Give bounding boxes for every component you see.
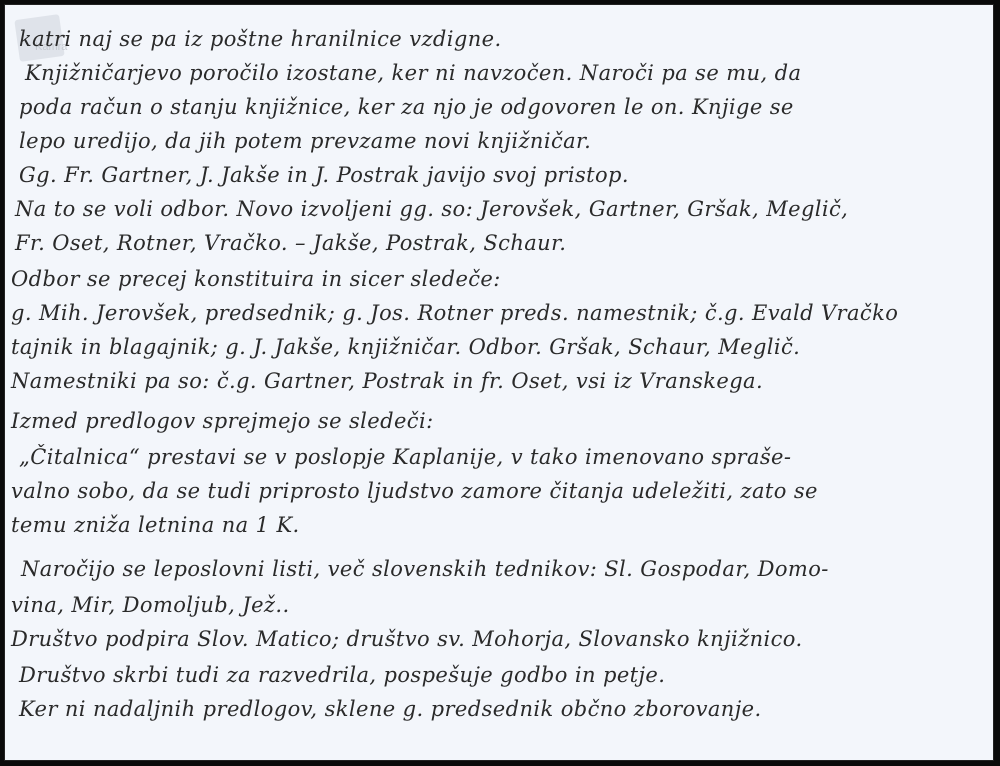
handwritten-line: Naročijo se leposlovni listi, več sloven…	[21, 557, 829, 581]
handwritten-line: Gg. Fr. Gartner, J. Jakše in J. Postrak …	[19, 163, 629, 187]
handwritten-line: Odbor se precej konstituira in sicer sle…	[11, 267, 501, 291]
handwritten-line: „Čitalnica“ prestavi se v poslopje Kapla…	[19, 445, 791, 469]
handwritten-line: Društvo skrbi tudi za razvedrila, pospeš…	[19, 663, 665, 687]
handwritten-line: Fr. Oset, Rotner, Vračko. – Jakše, Postr…	[15, 231, 566, 255]
manuscript-page: Kamra katri naj se pa iz poštne hranilni…	[4, 4, 994, 761]
handwritten-line: Izmed predlogov sprejmejo se sledeči:	[11, 409, 434, 433]
handwritten-line: tajnik in blagajnik; g. J. Jakše, knjižn…	[11, 335, 800, 359]
handwritten-line: Ker ni nadaljnih predlogov, sklene g. pr…	[19, 697, 762, 721]
handwritten-line: katri naj se pa iz poštne hranilnice vzd…	[19, 27, 502, 51]
handwritten-line: Namestniki pa so: č.g. Gartner, Postrak …	[11, 369, 763, 393]
handwritten-line: g. Mih. Jerovšek, predsednik; g. Jos. Ro…	[11, 301, 898, 325]
handwritten-line: Knjižničarjevo poročilo izostane, ker ni…	[25, 61, 801, 85]
handwritten-line: lepo uredijo, da jih potem prevzame novi…	[19, 129, 591, 153]
handwritten-line: temu zniža letnina na 1 K.	[11, 513, 300, 537]
handwritten-line: Na to se voli odbor. Novo izvoljeni gg. …	[15, 197, 848, 221]
handwritten-line: valno sobo, da se tudi priprosto ljudstv…	[11, 479, 818, 503]
handwritten-line: Društvo podpira Slov. Matico; društvo sv…	[11, 627, 803, 651]
handwritten-line: poda račun o stanju knjižnice, ker za nj…	[19, 95, 794, 119]
handwritten-line: vina, Mir, Domoljub, Jež..	[11, 593, 290, 617]
